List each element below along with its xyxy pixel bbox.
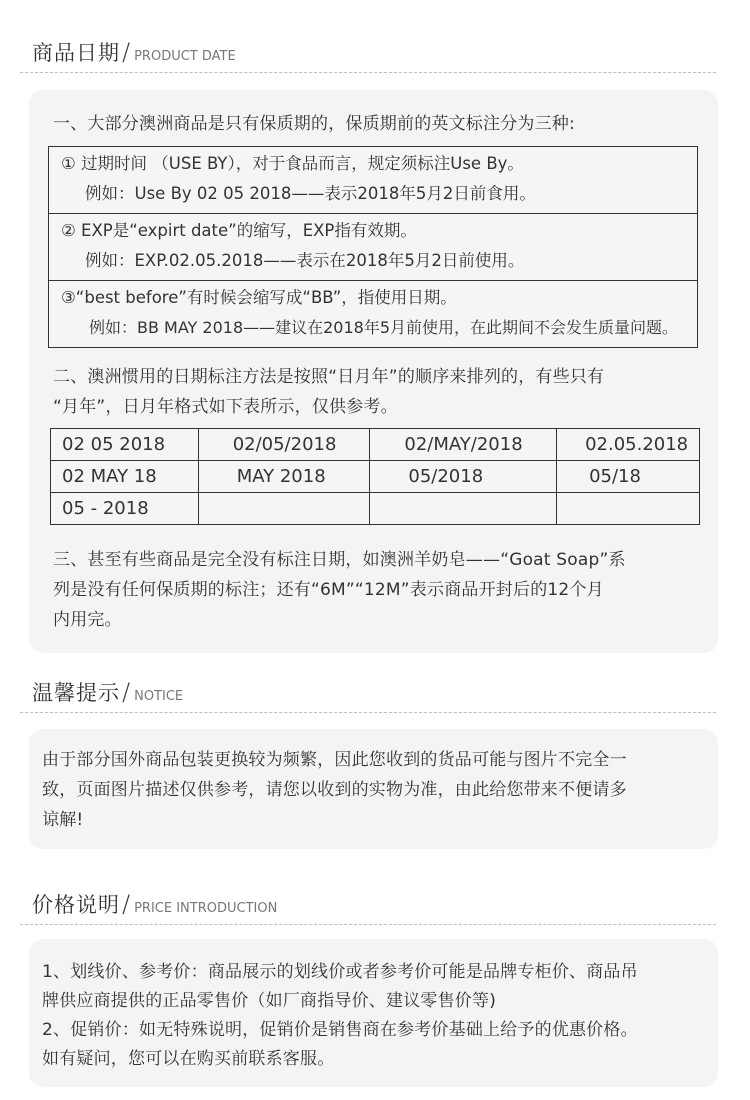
title-divider: / xyxy=(122,890,130,918)
date-type-desc: ① 过期时间 （USE BY），对于食品而言，规定须标注Use By。 xyxy=(61,149,687,179)
price-panel: 1、划线价、参考价：商品展示的划线价或者参考价可能是品牌专柜价、商品吊 牌供应商… xyxy=(29,939,718,1087)
notice-line2: 致，页面图片描述仅供参考，请您以收到的实物为准，由此给您带来不便请多 xyxy=(42,775,627,805)
section-header-notice: 温馨提示/NOTICE xyxy=(20,660,716,713)
price-line2: 牌供应商提供的正品零售价（如厂商指导价、建议零售价等) xyxy=(42,986,496,1016)
section-title-en: PRICE INTRODUCTION xyxy=(134,901,277,916)
date-type-desc: ③“best before”有时候会缩写成“BB”，指使用日期。 xyxy=(61,283,687,313)
section-title-en: NOTICE xyxy=(134,689,183,704)
product-date-panel: 一、大部分澳洲商品是只有保质期的，保质期前的英文标注分为三种: ① 过期时间 （… xyxy=(29,90,718,653)
table-cell: MAY 2018 xyxy=(198,461,370,493)
section-title-cn: 商品日期 xyxy=(32,41,120,65)
notice-panel: 由于部分国外商品包装更换较为频繁，因此您收到的货品可能与图片不完全一 致，页面图… xyxy=(29,729,718,849)
table-cell: 02 MAY 18 xyxy=(51,461,199,493)
section-title-cn: 价格说明 xyxy=(32,893,120,917)
section-title-en: PRODUCT DATE xyxy=(134,49,236,64)
price-line4: 如有疑问，您可以在购买前联系客服。 xyxy=(42,1044,334,1074)
section-header-price: 价格说明/PRICE INTRODUCTION xyxy=(20,872,716,925)
section-title-cn: 温馨提示 xyxy=(32,681,120,705)
no-date-note-line3: 内用完。 xyxy=(53,605,122,635)
date-format-table: 02 05 2018 02/05/2018 02/MAY/2018 02.05.… xyxy=(50,428,700,525)
table-row: 02 MAY 18 MAY 2018 05/2018 05/18 xyxy=(51,461,700,493)
format-intro-line2: “月年”，日月年格式如下表所示，仅供参考。 xyxy=(53,392,398,422)
title-divider: / xyxy=(122,38,130,66)
date-type-use-by: ① 过期时间 （USE BY），对于食品而言，规定须标注Use By。 例如：U… xyxy=(49,147,697,214)
table-cell xyxy=(198,493,370,525)
price-line3: 2、促销价：如无特殊说明，促销价是销售商在参考价基础上给予的优惠价格。 xyxy=(42,1015,638,1045)
format-intro-line1: 二、澳洲惯用的日期标注方法是按照“日月年”的顺序来排列的，有些只有 xyxy=(53,362,604,392)
table-cell: 02/05/2018 xyxy=(198,429,370,461)
price-line1: 1、划线价、参考价：商品展示的划线价或者参考价可能是品牌专柜价、商品吊 xyxy=(42,957,638,987)
table-cell xyxy=(370,493,557,525)
table-cell: 02.05.2018 xyxy=(557,429,700,461)
table-cell: 05/2018 xyxy=(370,461,557,493)
notice-line3: 谅解! xyxy=(42,805,83,835)
date-type-example: 例如：EXP.02.05.2018——表示在2018年5月2日前使用。 xyxy=(61,246,687,276)
intro-text: 一、大部分澳洲商品是只有保质期的，保质期前的英文标注分为三种: xyxy=(53,109,575,139)
table-cell: 02 05 2018 xyxy=(51,429,199,461)
section-header-product-date: 商品日期/PRODUCT DATE xyxy=(20,20,716,73)
date-type-best-before: ③“best before”有时候会缩写成“BB”，指使用日期。 例如：BB M… xyxy=(49,281,697,347)
table-cell xyxy=(557,493,700,525)
table-row: 05 - 2018 xyxy=(51,493,700,525)
date-type-desc: ② EXP是“expirt date”的缩写，EXP指有效期。 xyxy=(61,216,687,246)
no-date-note-line1: 三、甚至有些商品是完全没有标注日期，如澳洲羊奶皂——“Goat Soap”系 xyxy=(53,545,626,575)
date-type-example: 例如：Use By 02 05 2018——表示2018年5月2日前食用。 xyxy=(61,179,687,209)
date-type-example: 例如：BB MAY 2018——建议在2018年5月前使用，在此期间不会发生质量… xyxy=(61,313,687,343)
title-divider: / xyxy=(122,678,130,706)
no-date-note-line2: 列是没有任何保质期的标注；还有“6M”“12M”表示商品开封后的12个月 xyxy=(53,575,604,605)
table-cell: 05 - 2018 xyxy=(51,493,199,525)
date-label-types-box: ① 过期时间 （USE BY），对于食品而言，规定须标注Use By。 例如：U… xyxy=(48,146,698,348)
table-cell: 02/MAY/2018 xyxy=(370,429,557,461)
table-cell: 05/18 xyxy=(557,461,700,493)
date-type-exp: ② EXP是“expirt date”的缩写，EXP指有效期。 例如：EXP.0… xyxy=(49,214,697,281)
table-row: 02 05 2018 02/05/2018 02/MAY/2018 02.05.… xyxy=(51,429,700,461)
notice-line1: 由于部分国外商品包装更换较为频繁，因此您收到的货品可能与图片不完全一 xyxy=(42,745,627,775)
